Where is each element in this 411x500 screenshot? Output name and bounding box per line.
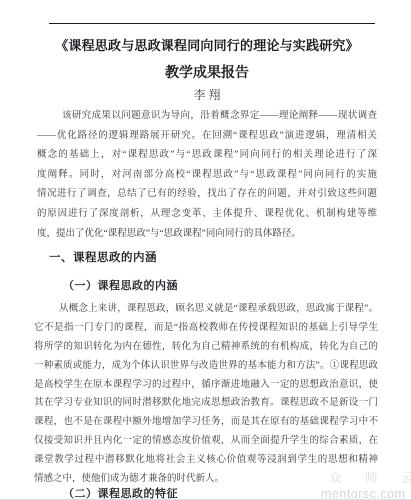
abstract-line: 概念的基础上，对“课程思政”与“思政课程”同向同行的相关理论进行了深 [37,146,377,166]
body-line: 将所学的知识转化为内在德性，转化为自己精神系统的有机构成，转化为自己的 [34,338,378,357]
document-title: 《课程思政与思政课程同向同行的理论与实践研究》 [37,35,377,54]
subsection-heading-1-2: （二）课程思政的特征 [63,485,178,500]
body-line: 它不是指一门专门的课程，而是“指高校教师在传授课程知识的基础上引导学生 [34,319,378,338]
body-line: 从概念上来讲，课程思政，顾名思义就是“课程承载思政，思政寓于课程”。 [34,300,378,319]
body-line: 一种素质或能力，成为个体认识世界与改造世界的基本能力和方法”。①课程思政 [34,357,378,376]
body-line: 课程，也不是在课程中额外地增加学习任务，而是其在原有的基础课程学习中不 [34,413,378,432]
author-name: 李 翔 [37,86,377,103]
body-line: 课堂教学过程中潜移默化地将社会主义核心价值观等浸润到学生的思想和精神 [34,451,378,470]
body-line: 其在学习专业知识的同时潜移默化地完成思想政治教育。课程思政不是新设一门 [34,394,378,413]
watermark-brand: 众 师 云 [329,468,411,486]
title-rule-divider [49,23,375,24]
abstract-line: 情况进行了调查，总结了已有的经验，找出了存在的问题，并对引致这些问题 [37,185,377,205]
abstract-line: ——优化路径的逻辑理路展开研究。在回溯“课程思政”演进逻辑，理清相关 [37,127,377,147]
abstract-line: 度，提出了优化“课程思政”与“思政课程”同向同行的具体路径。 [37,225,377,245]
abstract-paragraph: 该研究成果以问题意识为导向，沿着概念界定——理论阐释——现状调查 ——优化路径的… [37,107,377,244]
section-heading-1: 一、课程思政的内涵 [49,249,157,265]
abstract-line: 度阐释。同时，对河南部分高校“课程思政”与“思政课程”同向同行的实施 [37,166,377,186]
body-line: 仅接受知识并且内化一定的情感态度价值观，从而全面提升学生的综合素质，在 [34,432,378,451]
abstract-line: 该研究成果以问题意识为导向，沿着概念界定——理论阐释——现状调查 [37,107,377,127]
document-page: 《课程思政与思政课程同向同行的理论与实践研究》 教学成果报告 李 翔 该研究成果… [0,0,411,500]
body-line: 是高校学生在原本课程学习的过程中，循序渐进地融入一定的思想政治意识，使 [34,376,378,395]
body-paragraph: 从概念上来讲，课程思政，顾名思义就是“课程承载思政，思政寓于课程”。 它不是指一… [34,300,378,489]
abstract-line: 的原因进行了深度剖析，从理念变革、主体提升、课程优化、机制构建等维 [37,205,377,225]
document-subtitle: 教学成果报告 [37,62,377,82]
subsection-heading-1-1: （一）课程思政的内涵 [63,277,178,293]
